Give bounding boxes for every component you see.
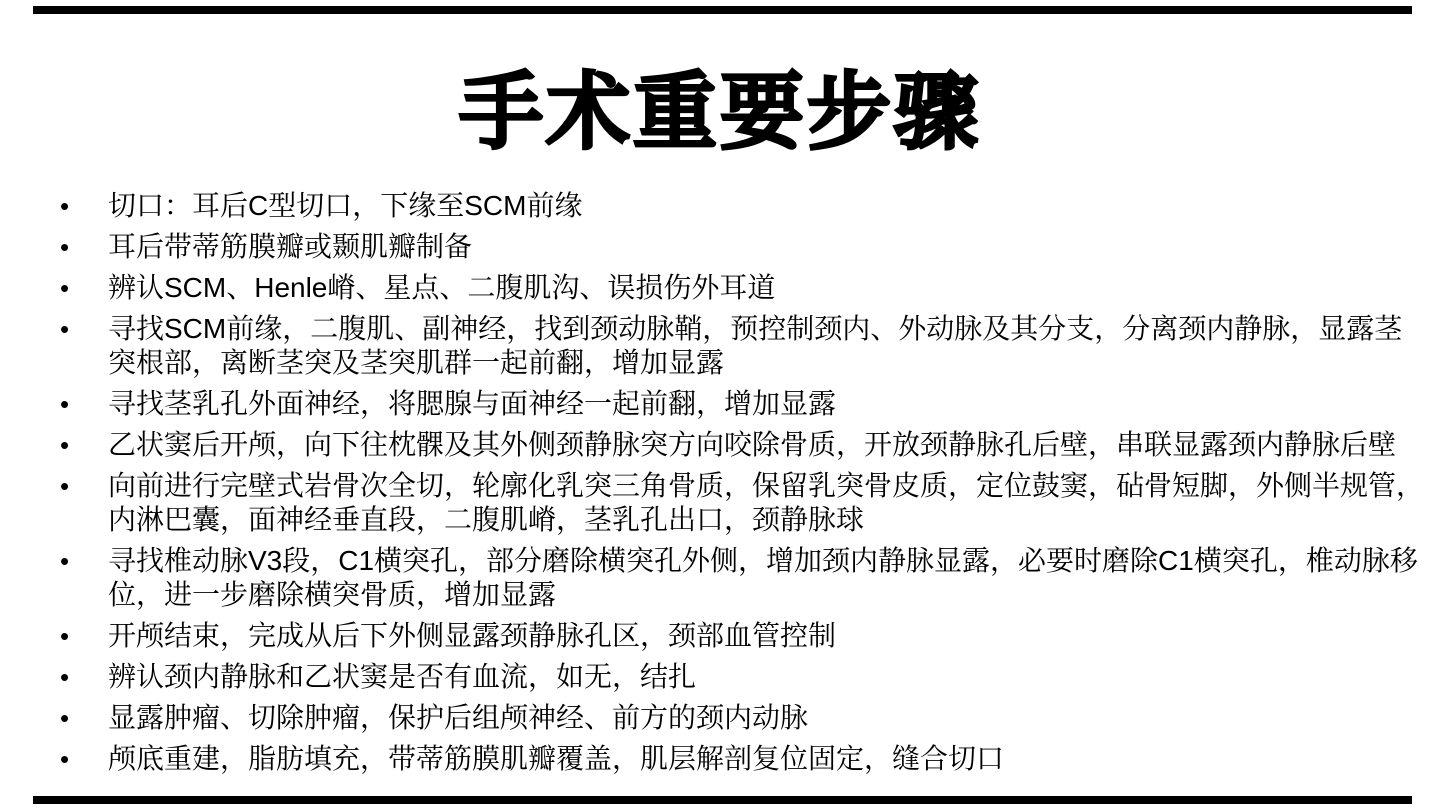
- bullet-item: • 辨认颈内静脉和乙状窦是否有血流，如无，结扎: [50, 660, 1424, 694]
- bullet-item: • 寻找椎动脉V3段，C1横突孔，部分磨除横突孔外侧，增加颈内静脉显露，必要时磨…: [50, 544, 1424, 612]
- bullet-text: 寻找椎动脉V3段，C1横突孔，部分磨除横突孔外侧，增加颈内静脉显露，必要时磨除C…: [108, 544, 1424, 612]
- bullet-item: • 切口：耳后C型切口，下缘至SCM前缘: [50, 189, 1424, 223]
- bullet-item: • 开颅结束，完成从后下外侧显露颈静脉孔区，颈部血管控制: [50, 619, 1424, 653]
- bullet-list: • 切口：耳后C型切口，下缘至SCM前缘 • 耳后带蒂筋膜瓣或颞肌瓣制备 • 辨…: [50, 189, 1424, 776]
- bullet-text: 向前进行完壁式岩骨次全切，轮廓化乳突三角骨质，保留乳突骨皮质，定位鼓窦，砧骨短脚…: [108, 469, 1424, 537]
- bullet-text: 开颅结束，完成从后下外侧显露颈静脉孔区，颈部血管控制: [108, 619, 1424, 653]
- slide-title: 手术重要步骤: [0, 0, 1440, 163]
- bullet-marker-icon: •: [50, 312, 108, 346]
- bullet-marker-icon: •: [50, 469, 108, 503]
- bullet-item: • 寻找茎乳孔外面神经，将腮腺与面神经一起前翻，增加显露: [50, 387, 1424, 421]
- bullet-item: • 乙状窦后开颅，向下往枕髁及其外侧颈静脉突方向咬除骨质，开放颈静脉孔后壁，串联…: [50, 428, 1424, 462]
- top-border-bar: [33, 6, 1412, 14]
- bottom-border-bar: [33, 796, 1412, 804]
- bullet-item: • 颅底重建，脂肪填充，带蒂筋膜肌瓣覆盖，肌层解剖复位固定，缝合切口: [50, 742, 1424, 776]
- bullet-text: 耳后带蒂筋膜瓣或颞肌瓣制备: [108, 230, 1424, 264]
- bullet-text: 寻找SCM前缘，二腹肌、副神经，找到颈动脉鞘，预控制颈内、外动脉及其分支，分离颈…: [108, 312, 1424, 380]
- bullet-item: • 耳后带蒂筋膜瓣或颞肌瓣制备: [50, 230, 1424, 264]
- bullet-marker-icon: •: [50, 701, 108, 735]
- bullet-item: • 向前进行完壁式岩骨次全切，轮廓化乳突三角骨质，保留乳突骨皮质，定位鼓窦，砧骨…: [50, 469, 1424, 537]
- bullet-text: 辨认SCM、Henle嵴、星点、二腹肌沟、误损伤外耳道: [108, 271, 1424, 305]
- bullet-item: • 辨认SCM、Henle嵴、星点、二腹肌沟、误损伤外耳道: [50, 271, 1424, 305]
- bullet-text: 寻找茎乳孔外面神经，将腮腺与面神经一起前翻，增加显露: [108, 387, 1424, 421]
- bullet-marker-icon: •: [50, 387, 108, 421]
- bullet-marker-icon: •: [50, 189, 108, 223]
- bullet-item: • 显露肿瘤、切除肿瘤，保护后组颅神经、前方的颈内动脉: [50, 701, 1424, 735]
- bullet-marker-icon: •: [50, 742, 108, 776]
- bullet-marker-icon: •: [50, 271, 108, 305]
- bullet-text: 显露肿瘤、切除肿瘤，保护后组颅神经、前方的颈内动脉: [108, 701, 1424, 735]
- bullet-text: 辨认颈内静脉和乙状窦是否有血流，如无，结扎: [108, 660, 1424, 694]
- bullet-marker-icon: •: [50, 660, 108, 694]
- bullet-text: 颅底重建，脂肪填充，带蒂筋膜肌瓣覆盖，肌层解剖复位固定，缝合切口: [108, 742, 1424, 776]
- bullet-item: • 寻找SCM前缘，二腹肌、副神经，找到颈动脉鞘，预控制颈内、外动脉及其分支，分…: [50, 312, 1424, 380]
- bullet-marker-icon: •: [50, 428, 108, 462]
- bullet-marker-icon: •: [50, 544, 108, 578]
- bullet-marker-icon: •: [50, 230, 108, 264]
- bullet-text: 切口：耳后C型切口，下缘至SCM前缘: [108, 189, 1424, 223]
- bullet-marker-icon: •: [50, 619, 108, 653]
- bullet-text: 乙状窦后开颅，向下往枕髁及其外侧颈静脉突方向咬除骨质，开放颈静脉孔后壁，串联显露…: [108, 428, 1424, 462]
